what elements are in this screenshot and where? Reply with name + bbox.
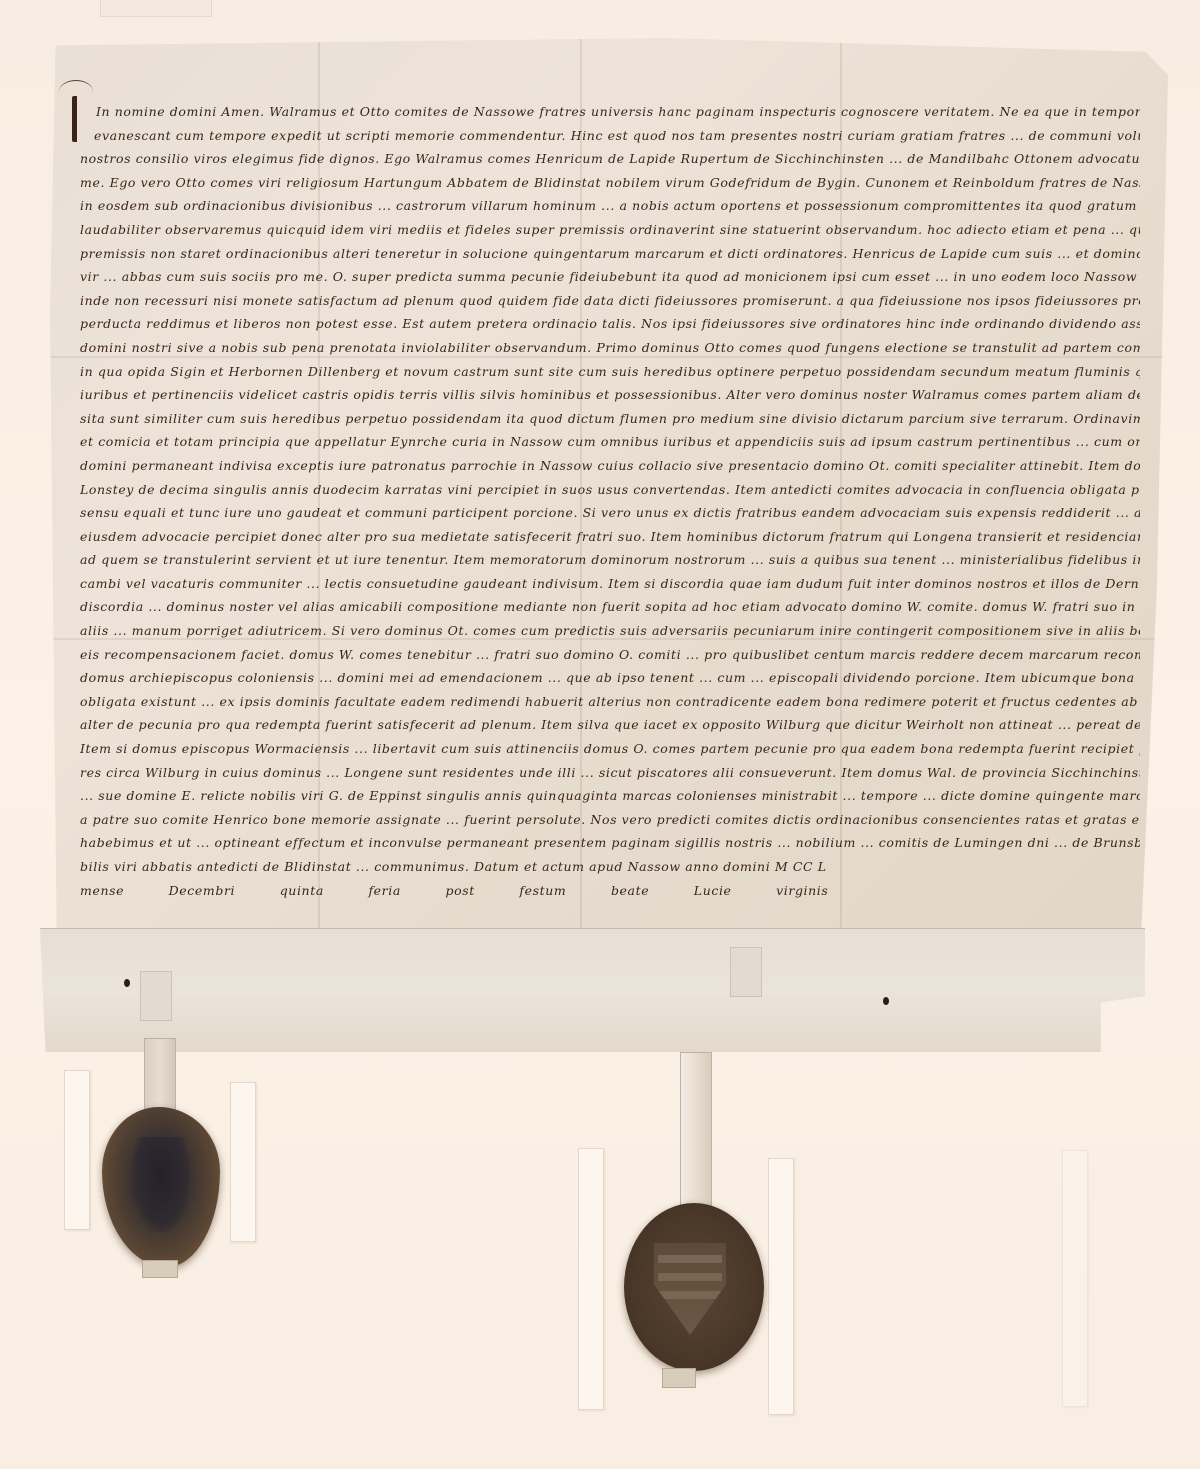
text-line: in qua opida Sigin et Herbornen Dillenbe… xyxy=(80,360,1140,384)
seal-tag-end xyxy=(662,1368,696,1388)
text-line: ... sue domine E. relicte nobilis viri G… xyxy=(80,784,1140,808)
text-line: sensu equali et tunc iure uno gaudeat et… xyxy=(80,501,1140,525)
text-line: me. Ego vero Otto comes viri religiosum … xyxy=(80,171,1140,195)
text-line: cambi vel vacaturis communiter ... lecti… xyxy=(80,572,1140,596)
seal-slit xyxy=(730,947,762,997)
text-line: mense Decembri quinta feria post festum … xyxy=(80,879,1140,903)
mounting-strip xyxy=(230,1082,256,1242)
text-line: res circa Wilburg in cuius dominus ... L… xyxy=(80,761,1140,785)
text-line: sita sunt similiter cum suis heredibus p… xyxy=(80,407,1140,431)
text-line: vir ... abbas cum suis sociis pro me. O.… xyxy=(80,265,1140,289)
text-line: iuribus et pertinenciis videlicet castri… xyxy=(80,383,1140,407)
parchment-charter: In nomine domini Amen. Walramus et Otto … xyxy=(50,38,1168,958)
text-line: bilis viri abbatis antedicti de Blidinst… xyxy=(80,855,1140,879)
mounting-strip xyxy=(1062,1150,1088,1407)
text-line: discordia ... dominus noster vel alias a… xyxy=(80,595,1140,619)
text-line: inde non recessuri nisi monete satisfact… xyxy=(80,289,1140,313)
hole-mark xyxy=(124,979,130,987)
text-line: evanescant cum tempore expedit ut script… xyxy=(80,124,1140,148)
text-line: domus archiepiscopus coloniensis ... dom… xyxy=(80,666,1140,690)
text-line: premissis non staret ordinacionibus alte… xyxy=(80,242,1140,266)
seal-tag-right xyxy=(680,1052,712,1214)
text-line: nostros consilio viros elegimus fide dig… xyxy=(80,147,1140,171)
text-line: eiusdem advocacie percipiet donec alter … xyxy=(80,525,1140,549)
seal-tag-left xyxy=(144,1038,176,1115)
text-line: laudabiliter observaremus quicquid idem … xyxy=(80,218,1140,242)
shield-emblem-icon xyxy=(654,1243,726,1335)
text-line: perducta reddimus et liberos non potest … xyxy=(80,312,1140,336)
text-line: habebimus et ut ... optineant effectum e… xyxy=(80,831,1140,855)
text-line: ad quem se transtulerint servient et ut … xyxy=(80,548,1140,572)
eagle-emblem-icon xyxy=(132,1137,190,1232)
text-line: In nomine domini Amen. Walramus et Otto … xyxy=(80,100,1140,124)
text-line: a patre suo comite Henrico bone memorie … xyxy=(80,808,1140,832)
mounting-strip xyxy=(578,1148,604,1410)
text-line: aliis ... manum porriget adiutricem. Si … xyxy=(80,619,1140,643)
mounting-strip xyxy=(768,1158,794,1415)
mounting-strip xyxy=(64,1070,90,1230)
plica-fold xyxy=(40,928,1145,1052)
charter-text: In nomine domini Amen. Walramus et Otto … xyxy=(80,100,1140,902)
text-line: domini permaneant indivisa exceptis iure… xyxy=(80,454,1140,478)
text-line: in eosdem sub ordinacionibus divisionibu… xyxy=(80,194,1140,218)
text-line: et comicia et totam principia que appell… xyxy=(80,430,1140,454)
seal-slit xyxy=(140,971,172,1021)
wax-seal-left xyxy=(102,1107,220,1267)
text-line: domini nostri sive a nobis sub pena pren… xyxy=(80,336,1140,360)
wax-seal-right xyxy=(624,1203,764,1371)
text-line: alter de pecunia pro qua redempta fuerin… xyxy=(80,713,1140,737)
mounting-strip-top xyxy=(100,0,212,17)
text-line: Item si domus episcopus Wormaciensis ...… xyxy=(80,737,1140,761)
hole-mark xyxy=(883,997,889,1005)
text-line: obligata existunt ... ex ipsis dominis f… xyxy=(80,690,1140,714)
seal-tag-end xyxy=(142,1260,178,1278)
text-line: eis recompensacionem faciet. domus W. co… xyxy=(80,643,1140,667)
text-line: Lonstey de decima singulis annis duodeci… xyxy=(80,478,1140,502)
